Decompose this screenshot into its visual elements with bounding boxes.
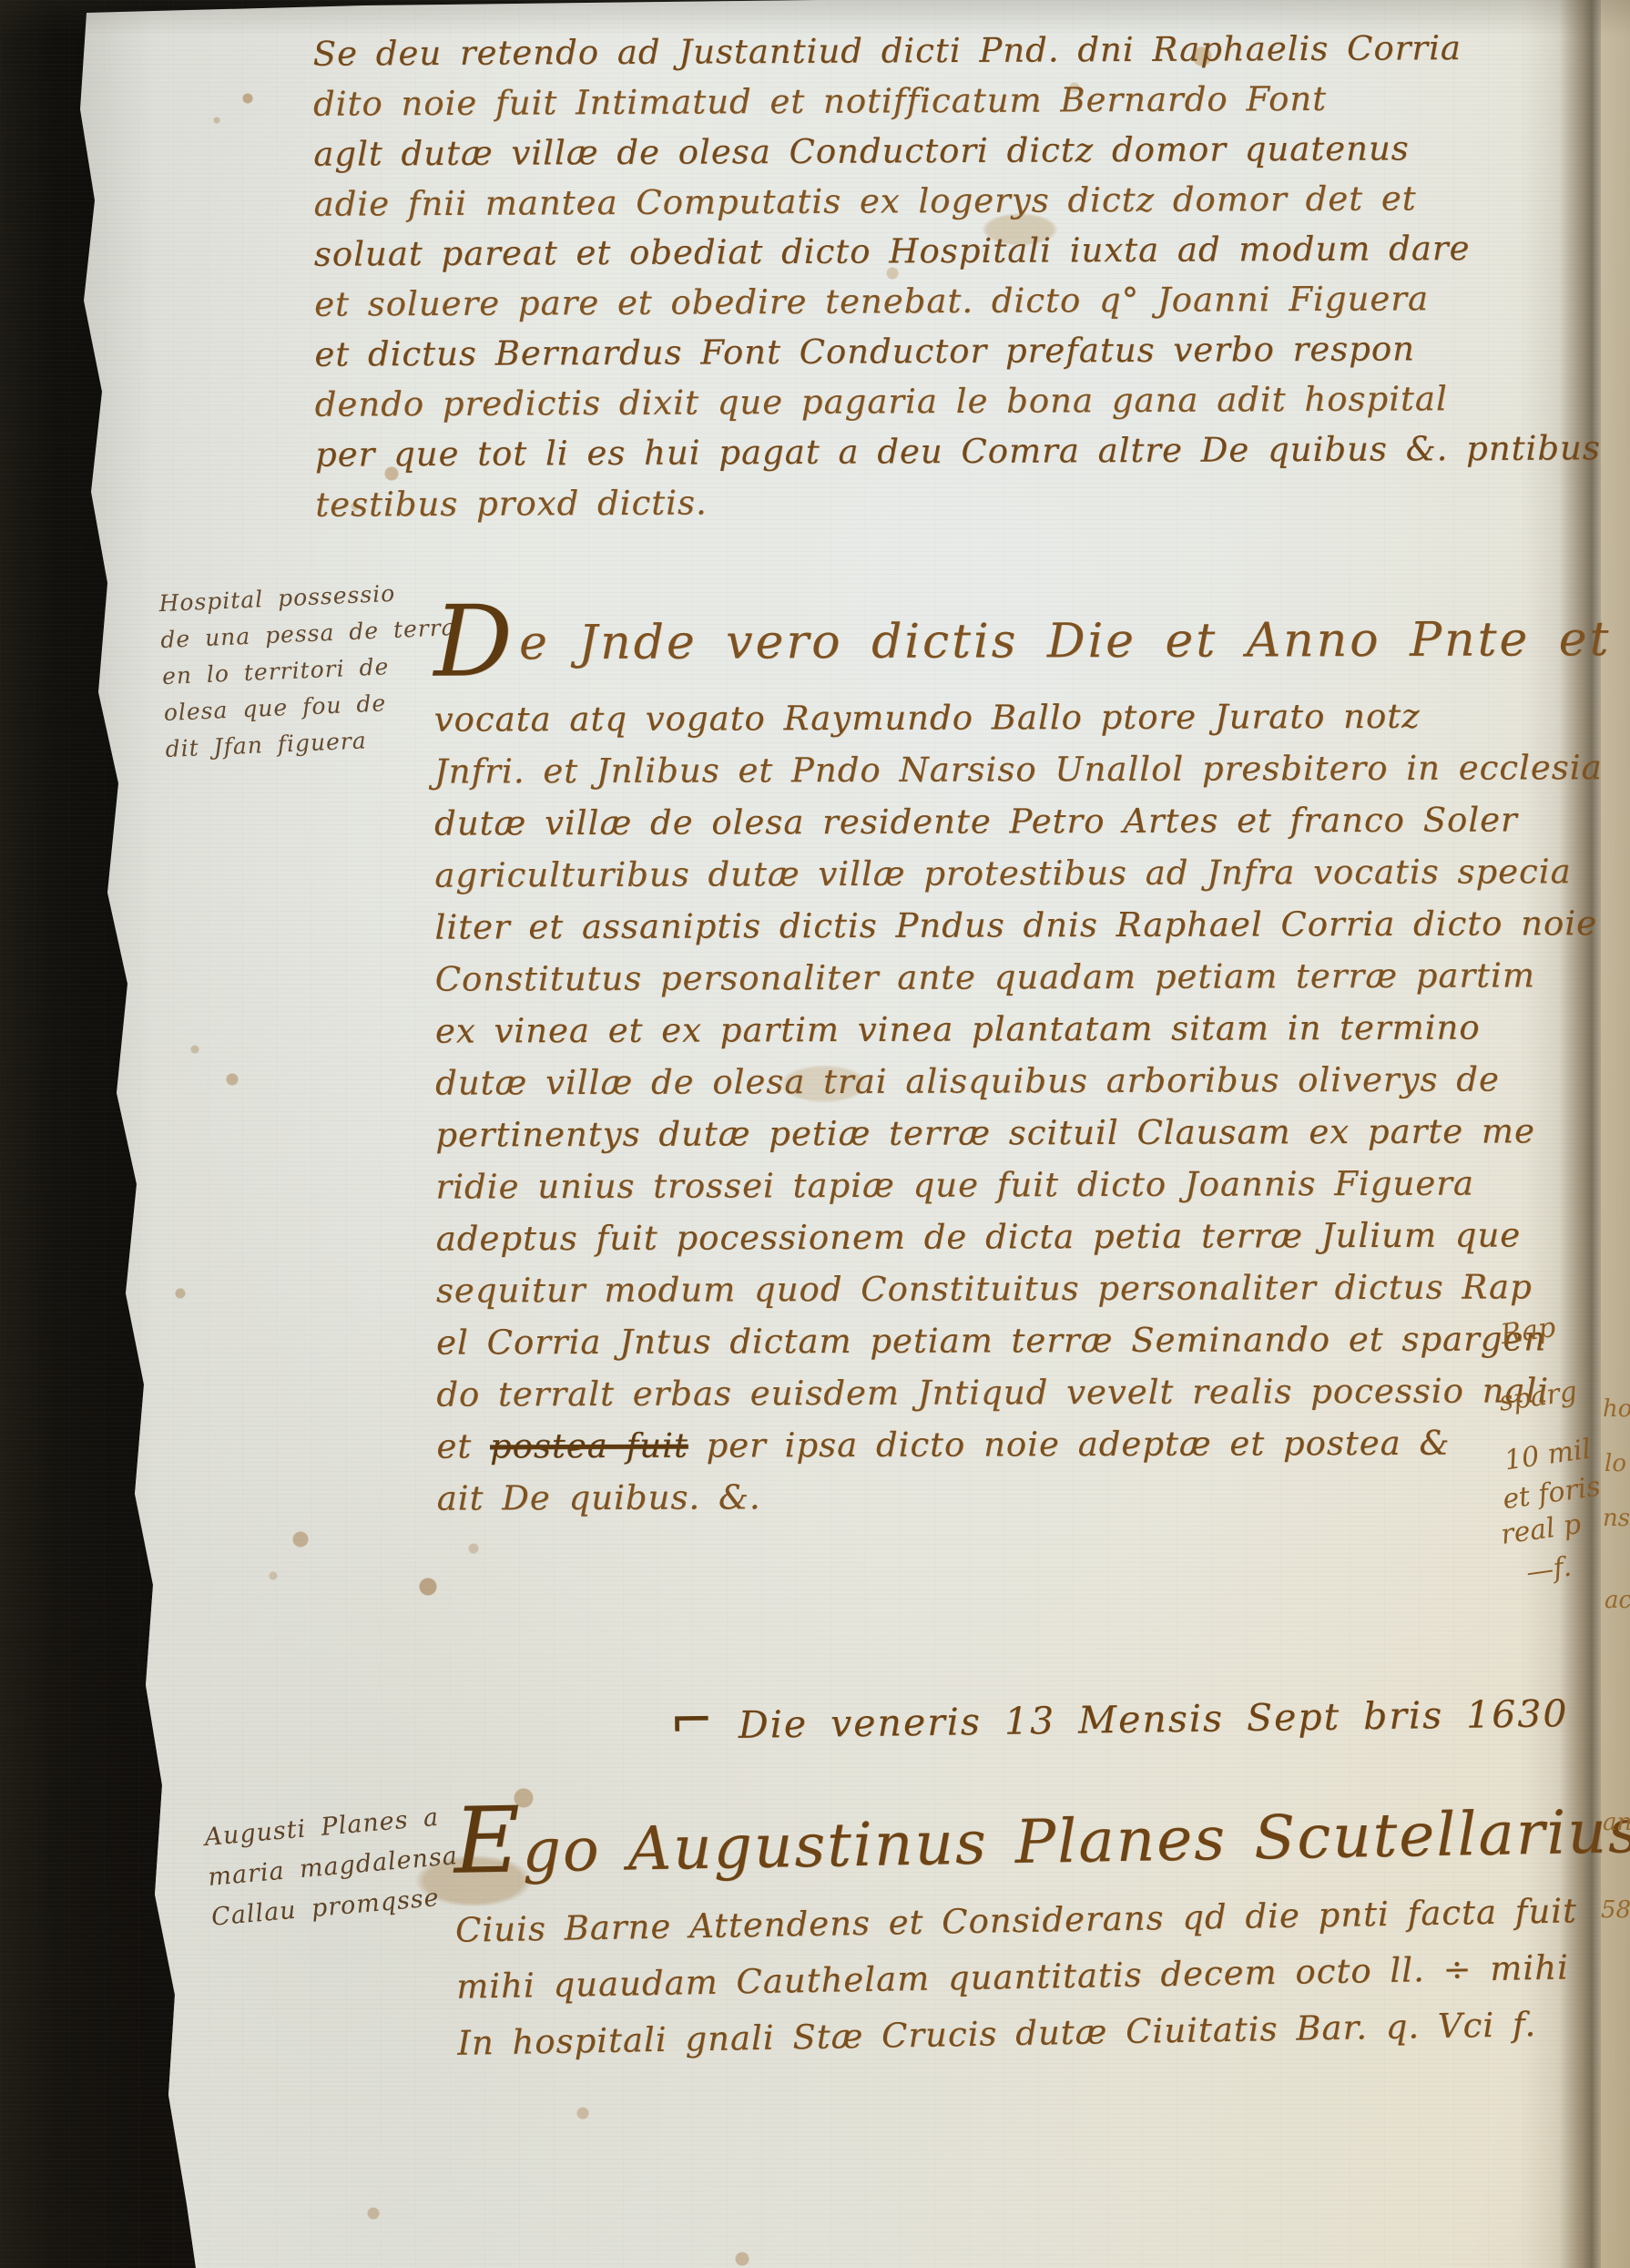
manuscript-line-opening: De Jnde vero dictis Die et Anno Pnte et … bbox=[433, 587, 1630, 693]
manuscript-line: Constitutus personaliter ante quadam pet… bbox=[435, 948, 1630, 1005]
next-page-fragment: lo bbox=[1605, 1450, 1626, 1477]
paragraph-intimation: Se deu retendo ad Justantiud dicti Pnd. … bbox=[313, 22, 1602, 529]
struck-words: postea fuit bbox=[490, 1426, 688, 1466]
date-text: Die veneris 13 Mensis Sept bris 1630 bbox=[738, 1691, 1568, 1747]
manuscript-line: pertinentys dutæ petiæ terræ scituil Cla… bbox=[435, 1104, 1630, 1160]
manuscript-line: per que tot li es hui pagat a deu Comra … bbox=[315, 423, 1601, 479]
manuscript-line: sequitur modum quod Constituitus persona… bbox=[436, 1260, 1630, 1316]
manuscript-line: vocata atq vogato Raymundo Ballo ptore J… bbox=[434, 689, 1630, 745]
manuscript-line: et soluere pare et obedire tenebat. dict… bbox=[314, 272, 1600, 329]
manuscript-line: adie fnii mantea Computatis ex logerys d… bbox=[313, 172, 1599, 229]
opening-text: go Augustinus Planes Scutellarius bbox=[522, 1796, 1630, 1885]
opening-text: e Jnde vero dictis Die et Anno Pnte et J… bbox=[519, 611, 1630, 670]
strike-pre: et bbox=[436, 1426, 490, 1466]
next-page-fragment: an bbox=[1603, 1809, 1630, 1836]
manuscript-line: ridie unius trossei tapiæ que fuit dicto… bbox=[435, 1156, 1630, 1212]
next-page-fragment: ac bbox=[1605, 1587, 1630, 1614]
manuscript-line-with-strikeout: et postea fuit per ipsa dicto noie adept… bbox=[436, 1415, 1630, 1472]
manuscript-line: aglt dutæ villæ de olesa Conductori dict… bbox=[313, 122, 1599, 179]
manuscript-line: dutæ villæ de olesa trai alisquibus arbo… bbox=[435, 1052, 1630, 1108]
strike-post: per ipsa dicto noie adeptæ et postea & bbox=[688, 1424, 1451, 1466]
manuscript-line: dito noie fuit Intimatud et notifficatum… bbox=[313, 72, 1599, 128]
margin-note-hospital-possessio: Hospital possessio de una pessa de terra… bbox=[158, 573, 462, 768]
manuscript-line: et dictus Bernardus Font Conductor prefa… bbox=[314, 322, 1600, 379]
illuminated-initial-D: D bbox=[433, 585, 515, 699]
next-page-fragment: ho bbox=[1603, 1395, 1630, 1423]
manuscript-line-opening: Ego Augustinus Planes Scutellarius bbox=[453, 1771, 1630, 1903]
paragraph-ego-augustinus: Ego Augustinus Planes Scutellarius Ciuis… bbox=[389, 1771, 1630, 2073]
manuscript-line: ex vinea et ex partim vinea plantatam si… bbox=[435, 1000, 1630, 1057]
next-page-fragment: 58 bbox=[1601, 1896, 1630, 1924]
manuscript-line: Se deu retendo ad Justantiud dicti Pnd. … bbox=[313, 22, 1599, 78]
calligraphic-flourish: ⌐ bbox=[669, 1689, 717, 1752]
manuscript-line: liter et assaniptis dictis Pndus dnis Ra… bbox=[434, 896, 1630, 953]
illuminated-initial-E: E bbox=[453, 1786, 523, 1894]
manuscript-line: do terralt erbas euisdem Jntiqud vevelt … bbox=[436, 1364, 1630, 1420]
manuscript-line: soluat pareat et obediat dicto Hospitali… bbox=[314, 222, 1600, 279]
edge-fragment: —f. bbox=[1524, 1551, 1574, 1589]
manuscript-line: dutæ villæ de olesa residente Petro Arte… bbox=[434, 792, 1630, 849]
manuscript-line: dendo predictis dixit que pagaria le bon… bbox=[315, 373, 1601, 429]
next-page-fragment: ns bbox=[1603, 1505, 1630, 1532]
manuscript-line: agriculturibus dutæ villæ protestibus ad… bbox=[434, 844, 1630, 901]
manuscript-line: el Corria Jntus dictam petiam terræ Semi… bbox=[436, 1312, 1630, 1368]
manuscript-line: adeptus fuit pocessionem de dicta petia … bbox=[436, 1208, 1630, 1264]
paragraph-possession-act: De Jnde vero dictis Die et Anno Pnte et … bbox=[433, 587, 1630, 1524]
manuscript-line: testibus proxd dictis. bbox=[315, 473, 1601, 529]
manuscript-line: Jnfri. et Jnlibus et Pndo Narsiso Unallo… bbox=[434, 741, 1630, 797]
manuscript-line-closing: ait De quibus. &. bbox=[437, 1467, 1630, 1524]
date-line: ⌐ Die veneris 13 Mensis Sept bris 1630 bbox=[669, 1677, 1569, 1752]
